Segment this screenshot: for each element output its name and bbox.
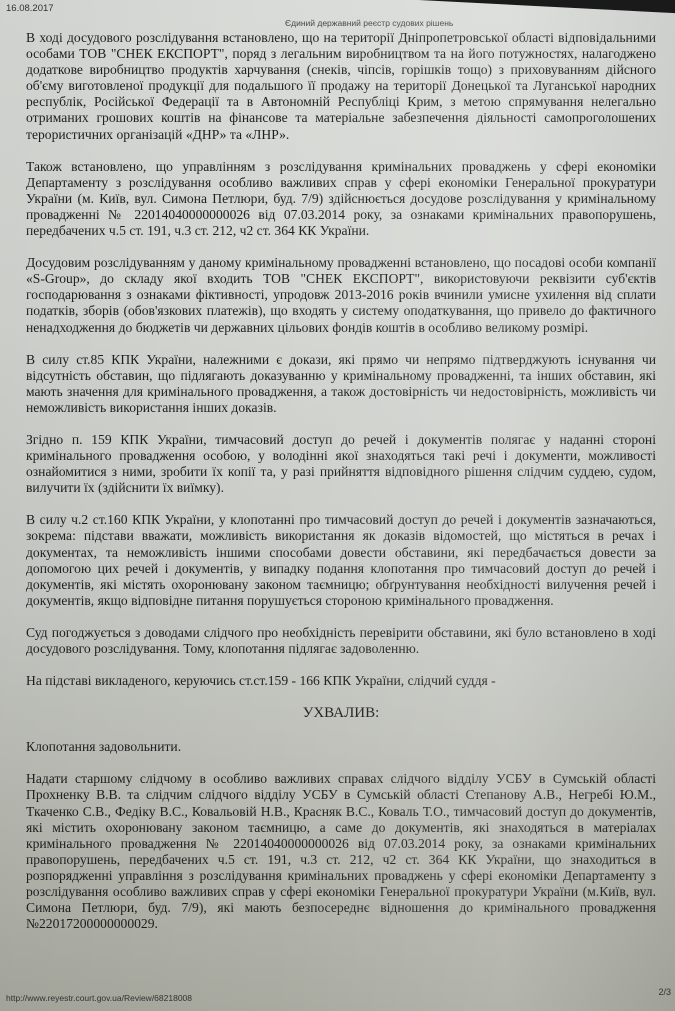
paragraph-tax-evasion: Досудовим розслідуванням у даному кримін…	[26, 255, 656, 335]
paragraph-article-85: В силу ст.85 КПК України, належними є до…	[26, 352, 656, 416]
registry-url: http://www.reyestr.court.gov.ua/Review/6…	[6, 993, 192, 1003]
paragraph-court-agrees: Суд погоджується з доводами слідчого про…	[26, 625, 656, 657]
document-page: 16.08.2017 Єдиний державний реєстр судов…	[0, 0, 675, 1011]
ruling-access-order: Надати старшому слідчому в особливо важл…	[26, 771, 656, 932]
paragraph-criminal-proceeding: Також встановлено, що управлінням з розс…	[26, 159, 656, 239]
document-body: В ході досудового розслідування встановл…	[26, 30, 656, 948]
paragraph-grounds: На підставі викладеного, керуючись ст.ст…	[26, 673, 656, 689]
ruling-grant: Клопотання задовольнити.	[26, 739, 656, 755]
registry-title: Єдиний державний реєстр судових рішень	[285, 18, 453, 28]
paragraph-investigation: В ході досудового розслідування встановл…	[26, 30, 656, 143]
ruling-heading: УХВАЛИВ:	[26, 705, 656, 721]
page-number: 2/3	[658, 987, 671, 997]
print-date: 16.08.2017	[6, 3, 54, 14]
paragraph-article-160: В силу ч.2 ст.160 КПК України, у клопота…	[26, 512, 656, 609]
paragraph-article-159: Згідно п. 159 КПК України, тимчасовий до…	[26, 432, 656, 496]
